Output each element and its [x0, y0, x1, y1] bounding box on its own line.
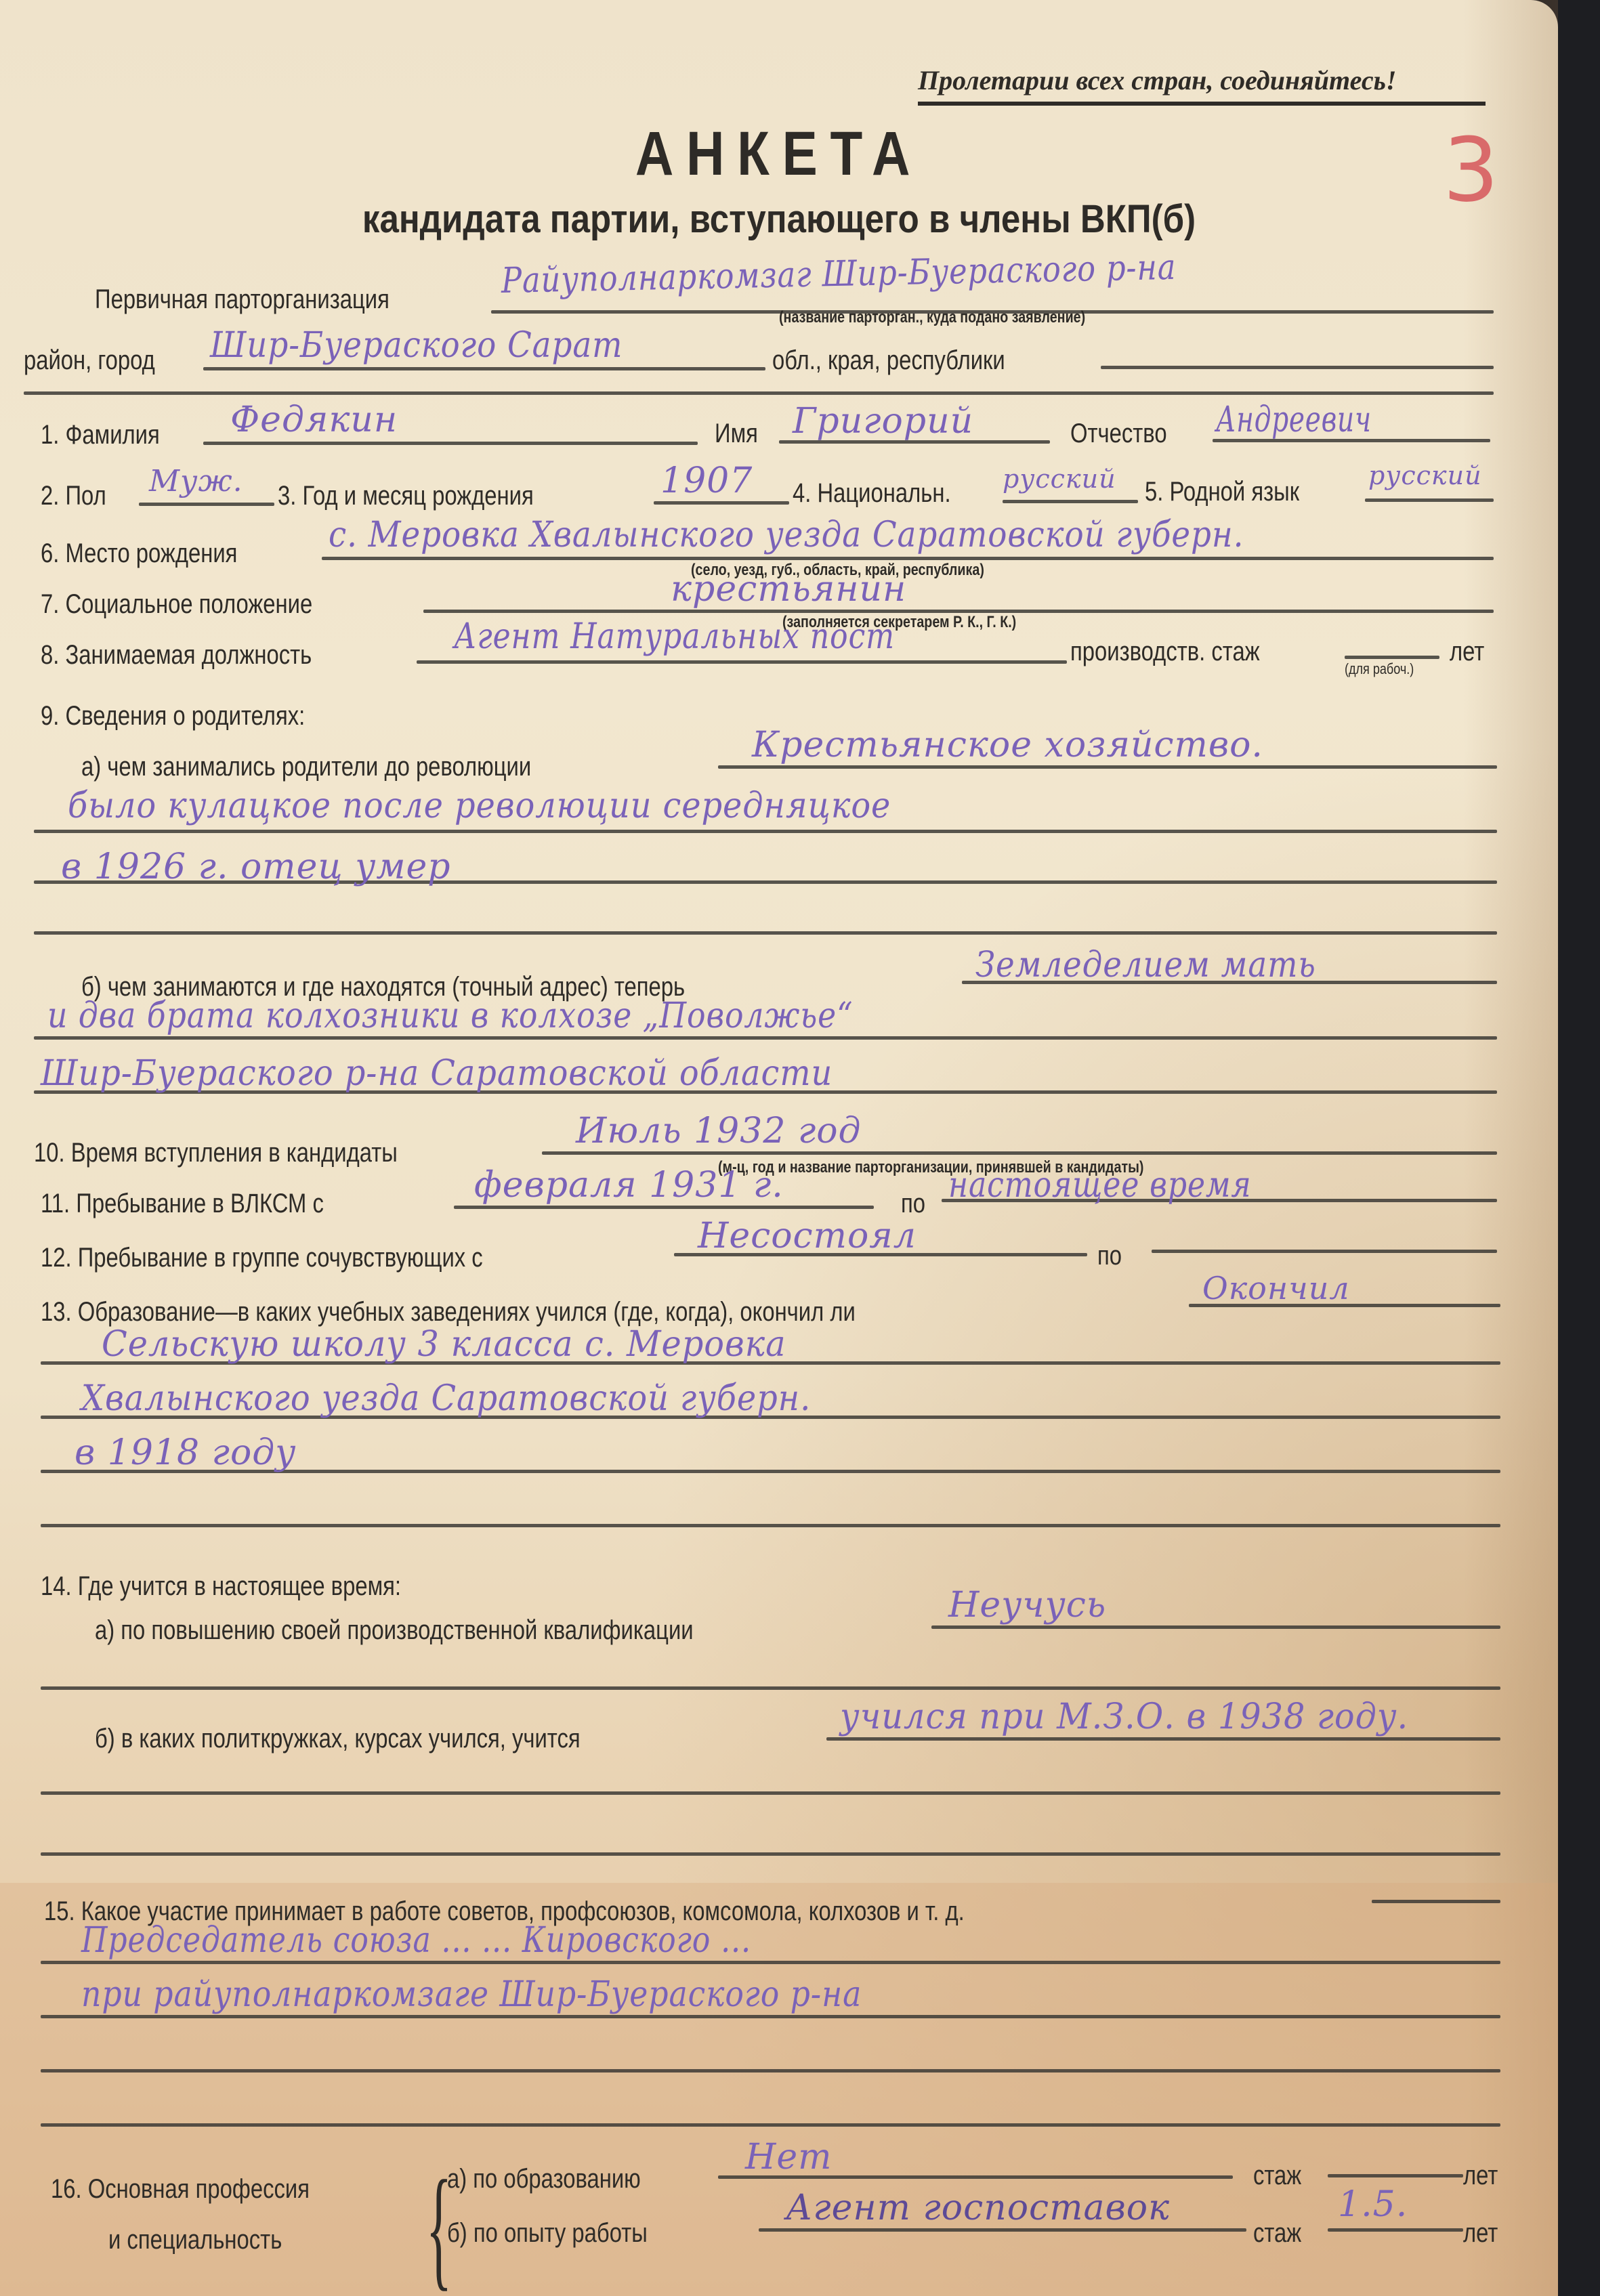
education-value-1[interactable]: Окончил [1202, 1270, 1350, 1306]
profession-experience-label: б) по опыту работы [447, 2218, 648, 2249]
sympathizers-to-label: по [1097, 1241, 1122, 1271]
sex-value[interactable]: Муж. [149, 464, 243, 498]
surname-line [203, 442, 698, 445]
region-label: обл., края, республики [772, 345, 1005, 376]
region-line [1101, 366, 1494, 369]
patronymic-value[interactable]: Андреевич [1216, 400, 1372, 440]
parents-before-line-4 [34, 931, 1497, 935]
public-work-line-1 [1372, 1900, 1500, 1903]
education-label: 13. Образование—в каких учебных заведени… [41, 1297, 856, 1327]
district-label: район, город [24, 345, 155, 376]
sympathizers-from-value[interactable]: Несостоял [698, 1216, 917, 1256]
parents-before-label: а) чем занимались родители до революции [81, 752, 531, 782]
parents-label: 9. Сведения о родителях: [41, 701, 305, 731]
education-line-5 [41, 1524, 1500, 1527]
vlksm-to-label: по [901, 1189, 925, 1219]
stazh-label: производств. стаж [1070, 637, 1260, 667]
vlksm-to-value[interactable]: настоящее время [948, 1165, 1251, 1206]
public-work-line-4 [41, 2069, 1500, 2072]
candidate-date-label: 10. Время вступления в кандидаты [34, 1138, 398, 1168]
parents-now-value-2[interactable]: и два брата колхозники в колхозе „Поволж… [47, 996, 853, 1036]
language-line [1365, 498, 1494, 502]
stazh-unit: лет [1450, 637, 1484, 667]
parents-now-value-3[interactable]: Шир-Буераского р-на Саратовской области [41, 1053, 833, 1094]
birth-label: 3. Год и месяц рождения [278, 481, 534, 511]
qualification-value[interactable]: Неучусь [948, 1585, 1106, 1625]
motto: Пролетарии всех стран, соединяйтесь! [918, 64, 1396, 96]
profession-education-stazh-line [1328, 2174, 1463, 2177]
current-study-label: 14. Где учится в настоящее время: [41, 1571, 401, 1602]
party-org-hint: (название парторган., куда подано заявле… [779, 308, 1085, 327]
district-value[interactable]: Шир-Буераского Сарат [210, 325, 623, 366]
parents-before-value-3[interactable]: в 1926 г. отец умер [61, 847, 451, 887]
public-work-value-1[interactable]: Председатель союза ... ... Кировского ..… [81, 1920, 751, 1961]
political-courses-line [826, 1737, 1500, 1741]
sex-line [139, 503, 274, 506]
education-value-3[interactable]: Хвалынского уезда Саратовской губерн. [81, 1378, 811, 1419]
birthplace-value[interactable]: с. Меровка Хвалынского уезда Саратовской… [329, 515, 1244, 555]
profession-label-2: и специальность [108, 2225, 282, 2255]
sympathizers-to-line [1152, 1250, 1497, 1253]
birthplace-line [322, 557, 1494, 560]
vlksm-from-line [454, 1206, 874, 1209]
birth-line [654, 501, 789, 505]
profession-education-stazh-label: стаж [1253, 2161, 1301, 2191]
page-title: АНКЕТА [117, 119, 1441, 190]
stazh-hint: (для рабоч.) [1345, 660, 1414, 678]
candidate-date-value[interactable]: Июль 1932 год [576, 1111, 861, 1151]
vlksm-label: 11. Пребывание в ВЛКСМ с [41, 1189, 324, 1219]
birthplace-label: 6. Место рождения [41, 538, 237, 569]
qualification-line [931, 1625, 1500, 1629]
parents-before-line-1 [718, 765, 1497, 769]
birth-value[interactable]: 1907 [660, 461, 753, 501]
surname-label: 1. Фамилия [41, 420, 160, 450]
language-label: 5. Родной язык [1145, 477, 1299, 507]
social-status-value[interactable]: крестьянин [671, 569, 906, 610]
parents-now-line-2 [34, 1036, 1497, 1040]
education-value-4[interactable]: в 1918 году [75, 1432, 296, 1473]
political-courses-line-2 [41, 1791, 1500, 1795]
motto-underline [918, 102, 1486, 106]
name-value[interactable]: Григорий [793, 401, 973, 442]
social-status-label: 7. Социальное положение [41, 589, 312, 620]
parents-before-line-2 [34, 830, 1497, 833]
public-work-value-2[interactable]: при райуполнаркомзаге Шир-Буераского р-н… [81, 1974, 862, 2015]
sympathizers-label: 12. Пребывание в группе сочувствующих с [41, 1243, 483, 1273]
profession-experience-stazh-value[interactable]: 1.5. [1338, 2184, 1408, 2225]
public-work-line-2 [41, 1961, 1500, 1964]
parents-now-value-1[interactable]: Земледелием мать [975, 945, 1316, 985]
nationality-line [1003, 500, 1138, 503]
education-value-2[interactable]: Сельскую школу 3 класса с. Меровка [102, 1324, 786, 1365]
profession-education-label: а) по образованию [447, 2164, 641, 2194]
parents-before-value-1[interactable]: Крестьянское хозяйство. [752, 725, 1263, 765]
parents-before-value-2[interactable]: было кулацкое после революции середняцко… [68, 786, 891, 826]
political-courses-line-3 [41, 1852, 1500, 1856]
candidate-date-line [542, 1151, 1497, 1155]
public-work-line-5 [41, 2123, 1500, 2127]
profession-education-value[interactable]: Нет [745, 2137, 832, 2177]
qualification-line-2 [41, 1686, 1500, 1690]
district-line [203, 367, 765, 370]
profession-label-1: 16. Основная профессия [51, 2174, 310, 2205]
patronymic-label: Отчество [1070, 419, 1167, 449]
position-line [417, 660, 1067, 664]
language-value[interactable]: русский [1368, 461, 1482, 490]
nationality-label: 4. Национальн. [793, 478, 951, 509]
name-label: Имя [715, 419, 758, 449]
position-value[interactable]: Агент Натуральных пост [454, 616, 895, 657]
profession-experience-stazh-label: стаж [1253, 2218, 1301, 2249]
public-work-line-3 [41, 2015, 1500, 2018]
political-courses-value[interactable]: учился при М.З.О. в 1938 году. [840, 1697, 1408, 1737]
profession-experience-value[interactable]: Агент госпоставок [786, 2188, 1170, 2228]
page-subtitle: кандидата партии, вступающего в члены ВК… [93, 196, 1465, 242]
qualification-label: а) по повышению своей производственной к… [95, 1615, 694, 1646]
profession-experience-line [759, 2228, 1246, 2232]
party-org-label: Первичная парторганизация [95, 284, 390, 315]
profession-experience-stazh-line [1328, 2228, 1463, 2232]
profession-education-unit: лет [1463, 2161, 1498, 2191]
profession-experience-unit: лет [1463, 2218, 1498, 2249]
nationality-value[interactable]: русский [1003, 464, 1116, 494]
political-courses-label: б) в каких политкружках, курсах учился, … [95, 1724, 581, 1754]
stazh-line [1345, 656, 1439, 659]
vlksm-from-value[interactable]: февраля 1931 г. [474, 1165, 784, 1206]
surname-value[interactable]: Федякин [230, 400, 398, 440]
position-label: 8. Занимаемая должность [41, 640, 312, 671]
district-line-2 [24, 391, 1494, 395]
sex-label: 2. Пол [41, 481, 106, 511]
